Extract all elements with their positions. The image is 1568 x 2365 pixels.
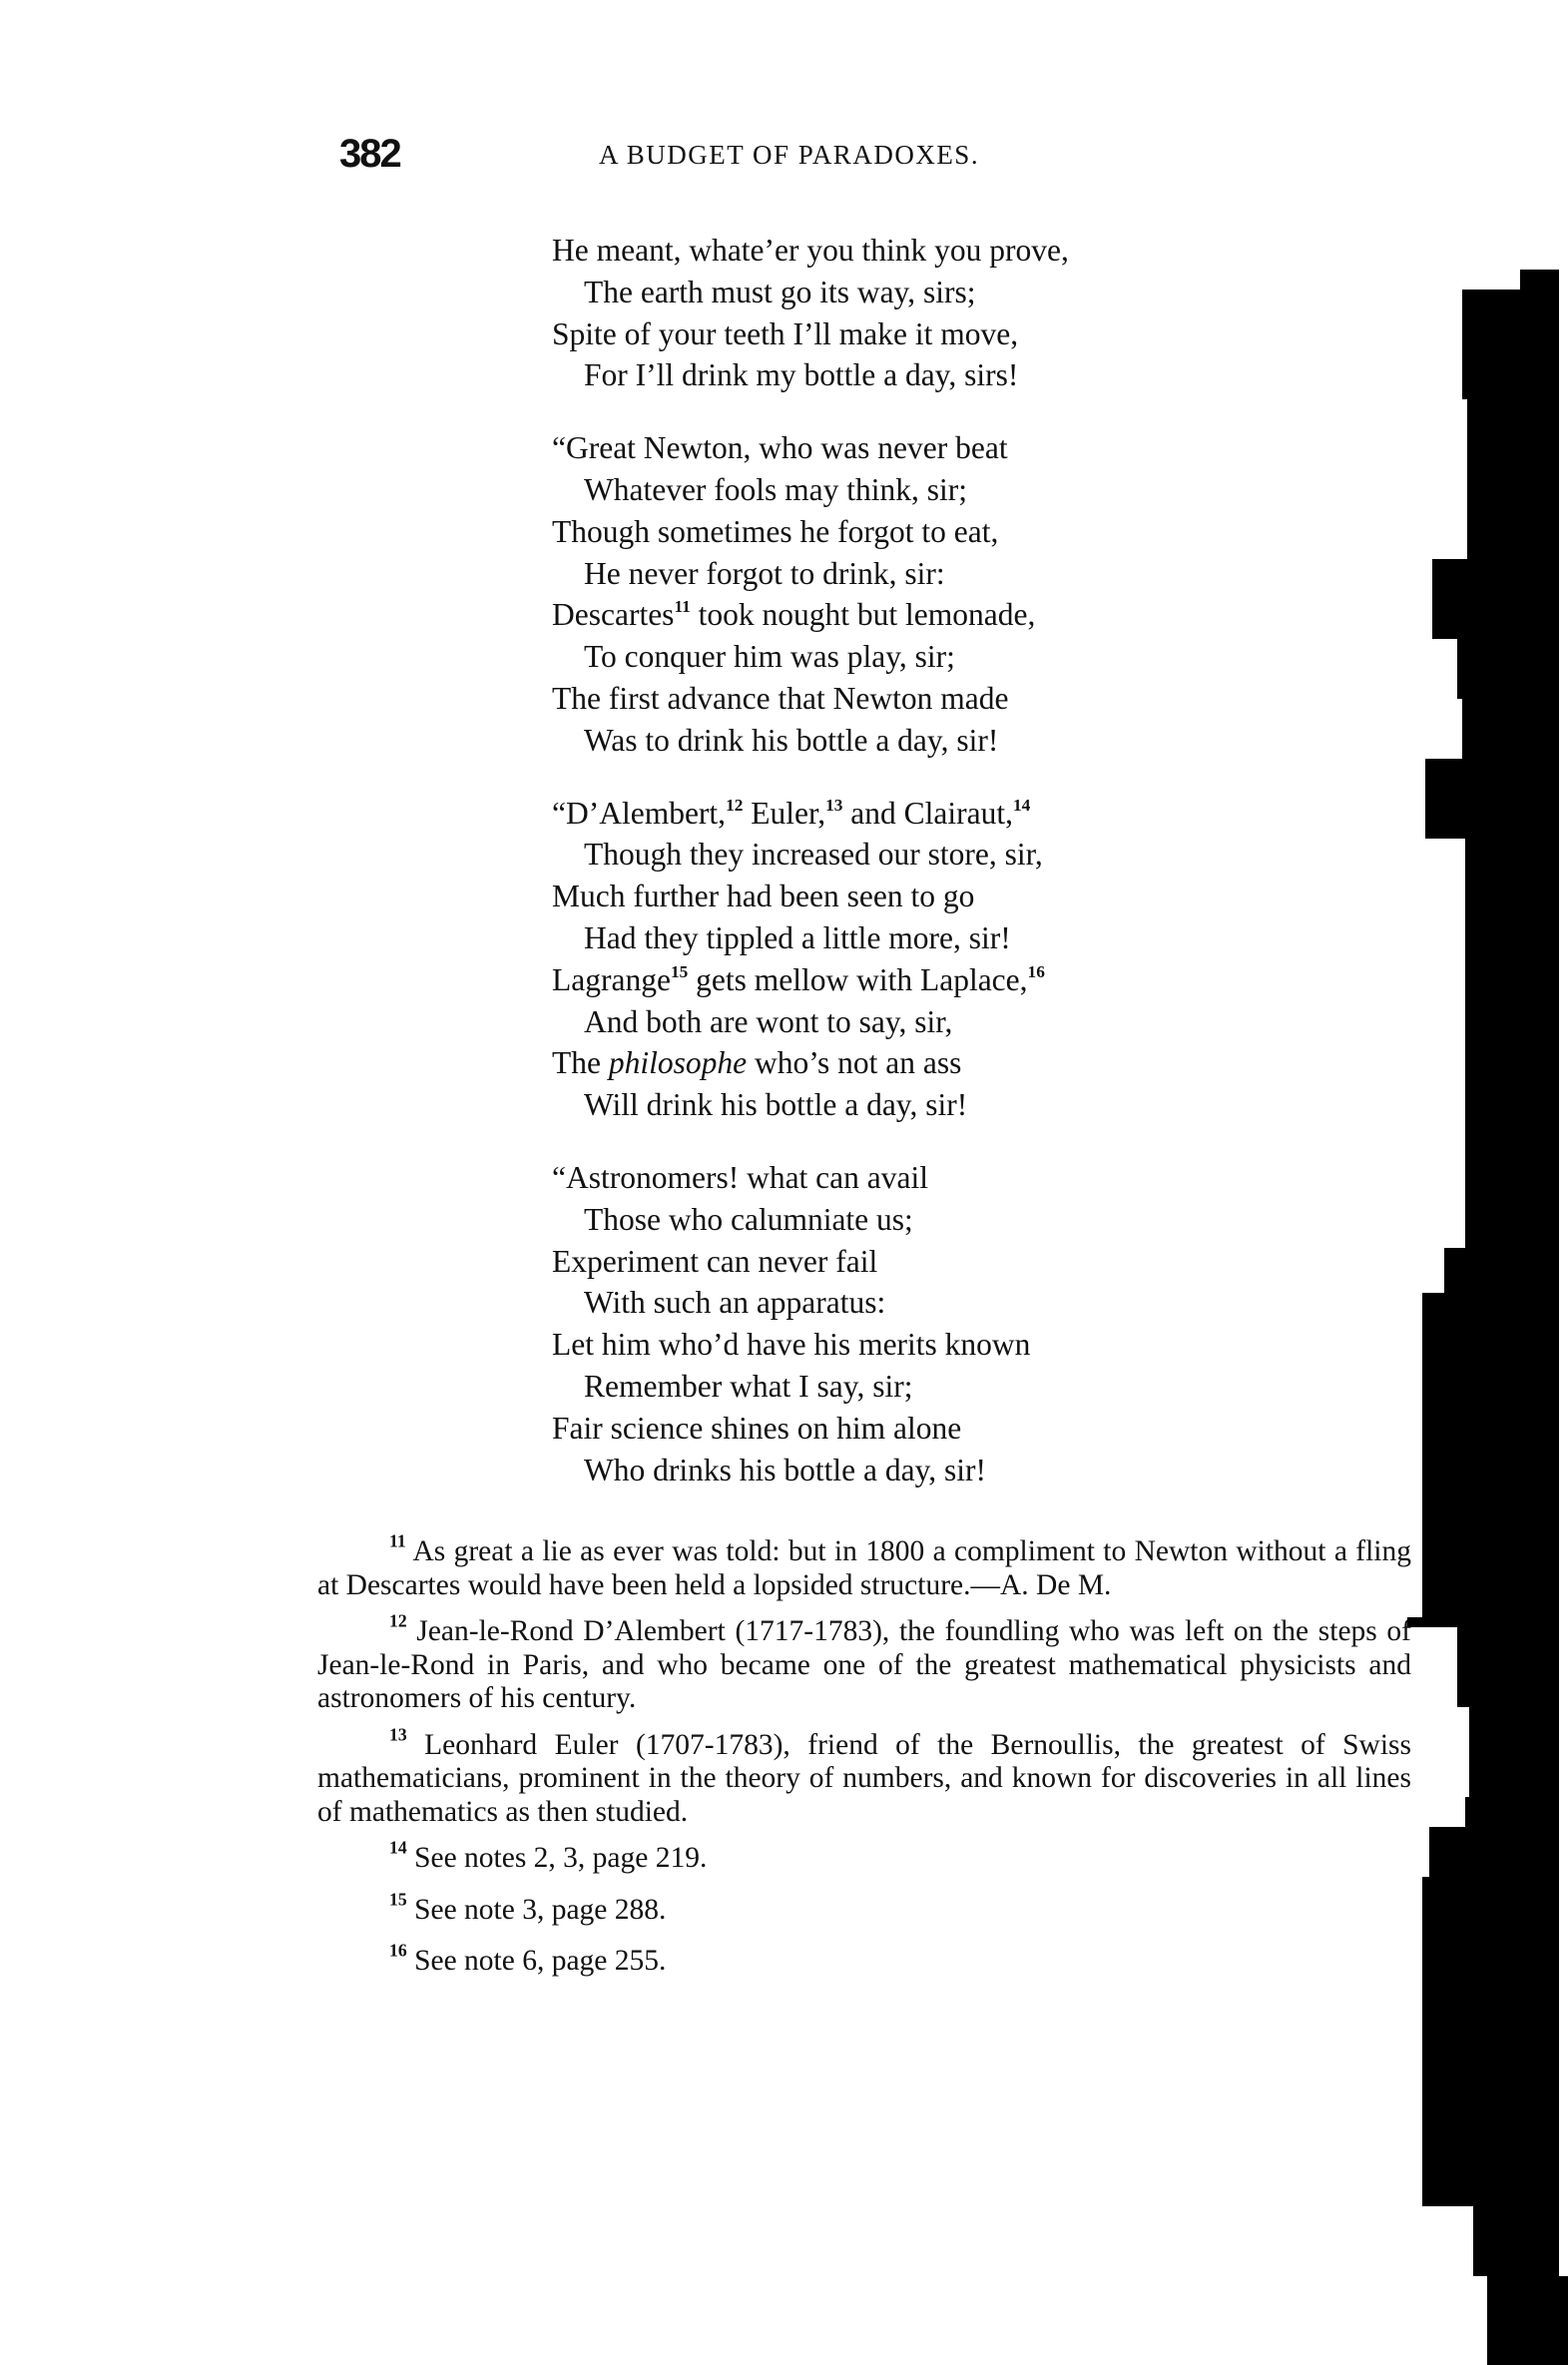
scan-edge-segment [1473,2206,1559,2276]
poem-line: The earth must go its way, sirs; [552,272,1069,313]
scan-edge-segment [1465,1048,1559,1248]
scan-edge-segment [1469,1707,1559,1797]
stanza: “Astronomers! what can availThose who ca… [552,1157,1069,1490]
stanza: “Great Newton, who was never beatWhateve… [552,427,1069,761]
poem-line: Descartes11 took nought but lemonade, [552,594,1069,636]
footnote-16: 16 See note 6, page 255. [317,1945,1411,1979]
poem-line: He meant, whate’er you think you prove, [552,230,1069,272]
scan-edge-segment [1429,1827,1559,1877]
footnote-ref[interactable]: 12 [726,796,743,815]
scan-edge-segment [1465,1797,1559,1827]
scan-edge-segment [1407,1617,1559,1627]
footnote-12: 12 Jean-le-Rond D’Alembert (1717-1783), … [317,1615,1411,1716]
scan-edge-segment [1462,290,1559,399]
scan-edge-segment [1444,1248,1559,1293]
scan-edge-segment [1487,2276,1568,2365]
poem-line: “Great Newton, who was never beat [552,427,1069,469]
scan-edge-segment [1462,699,1559,759]
footnote-ref[interactable]: 14 [1013,796,1030,815]
scan-edge-segment [1422,1877,1559,2206]
footnote-number: 12 [389,1611,407,1631]
footnote-13: 13 Leonhard Euler (1707-1783), friend of… [317,1729,1411,1830]
poem-line: Will drink his bottle a day, sir! [552,1084,1069,1126]
poem-line: The first advance that Newton made [552,678,1069,720]
poem-line: Much further had been seen to go [552,876,1069,917]
footnote-number: 15 [389,1889,407,1909]
footnote-number: 14 [389,1838,407,1858]
poem-line: Who drinks his bottle a day, sir! [552,1450,1069,1491]
poem-line: Experiment can never fail [552,1241,1069,1283]
footnotes: 11 As great a lie as ever was told: but … [317,1535,1411,1997]
scan-edge-segment [1425,759,1559,839]
poem-line: Those who calumniate us; [552,1199,1069,1241]
scan-edge-segment [1467,399,1559,559]
poem-line: With such an apparatus: [552,1282,1069,1324]
poem-line: Let him who’d have his merits known [552,1324,1069,1366]
poem-line: Lagrange15 gets mellow with Laplace,16 [552,959,1069,1001]
stanza: He meant, whate’er you think you prove,T… [552,230,1069,396]
italic-word: philosophe [609,1045,747,1080]
footnote-ref[interactable]: 13 [825,796,842,815]
poem-line: Though sometimes he forgot to eat, [552,511,1069,553]
poem-line: To conquer him was play, sir; [552,636,1069,678]
footnote-14: 14 See notes 2, 3, page 219. [317,1842,1411,1876]
poem-line: Fair science shines on him alone [552,1408,1069,1450]
scan-edge-segment [1432,559,1559,639]
poem-line: Spite of your teeth I’ll make it move, [552,313,1069,355]
poem-line: “D’Alembert,12 Euler,13 and Clairaut,14 [552,793,1069,835]
footnote-11: 11 As great a lie as ever was told: but … [317,1535,1411,1602]
scan-edge-segment [1457,639,1559,699]
poem-line: Remember what I say, sir; [552,1366,1069,1408]
scan-edge-segment [1457,1627,1559,1707]
footnote-number: 16 [389,1941,407,1961]
footnote-number: 11 [389,1531,406,1551]
footnote-number: 13 [389,1724,407,1744]
footnote-ref[interactable]: 15 [671,962,688,981]
poem-line: He never forgot to drink, sir: [552,553,1069,595]
poem-line: And both are wont to say, sir, [552,1001,1069,1043]
poem-line: Whatever fools may think, sir; [552,469,1069,511]
poem-line: For I’ll drink my bottle a day, sirs! [552,354,1069,396]
footnote-ref[interactable]: 11 [674,597,690,616]
poem-line: Was to drink his bottle a day, sir! [552,720,1069,762]
page-number: 382 [339,132,400,177]
running-head: A BUDGET OF PARADOXES. [599,140,979,171]
footnote-15: 15 See note 3, page 288. [317,1894,1411,1928]
poem-line: The philosophe who’s not an ass [552,1042,1069,1084]
scan-edge-segment [1422,1293,1559,1617]
poem: He meant, whate’er you think you prove,T… [552,230,1069,1521]
poem-line: Though they increased our store, sir, [552,834,1069,876]
scan-edge-segment [1465,839,1559,1048]
footnote-ref[interactable]: 16 [1028,962,1045,981]
poem-line: Had they tippled a little more, sir! [552,917,1069,959]
poem-line: “Astronomers! what can avail [552,1157,1069,1199]
stanza: “D’Alembert,12 Euler,13 and Clairaut,14T… [552,793,1069,1126]
